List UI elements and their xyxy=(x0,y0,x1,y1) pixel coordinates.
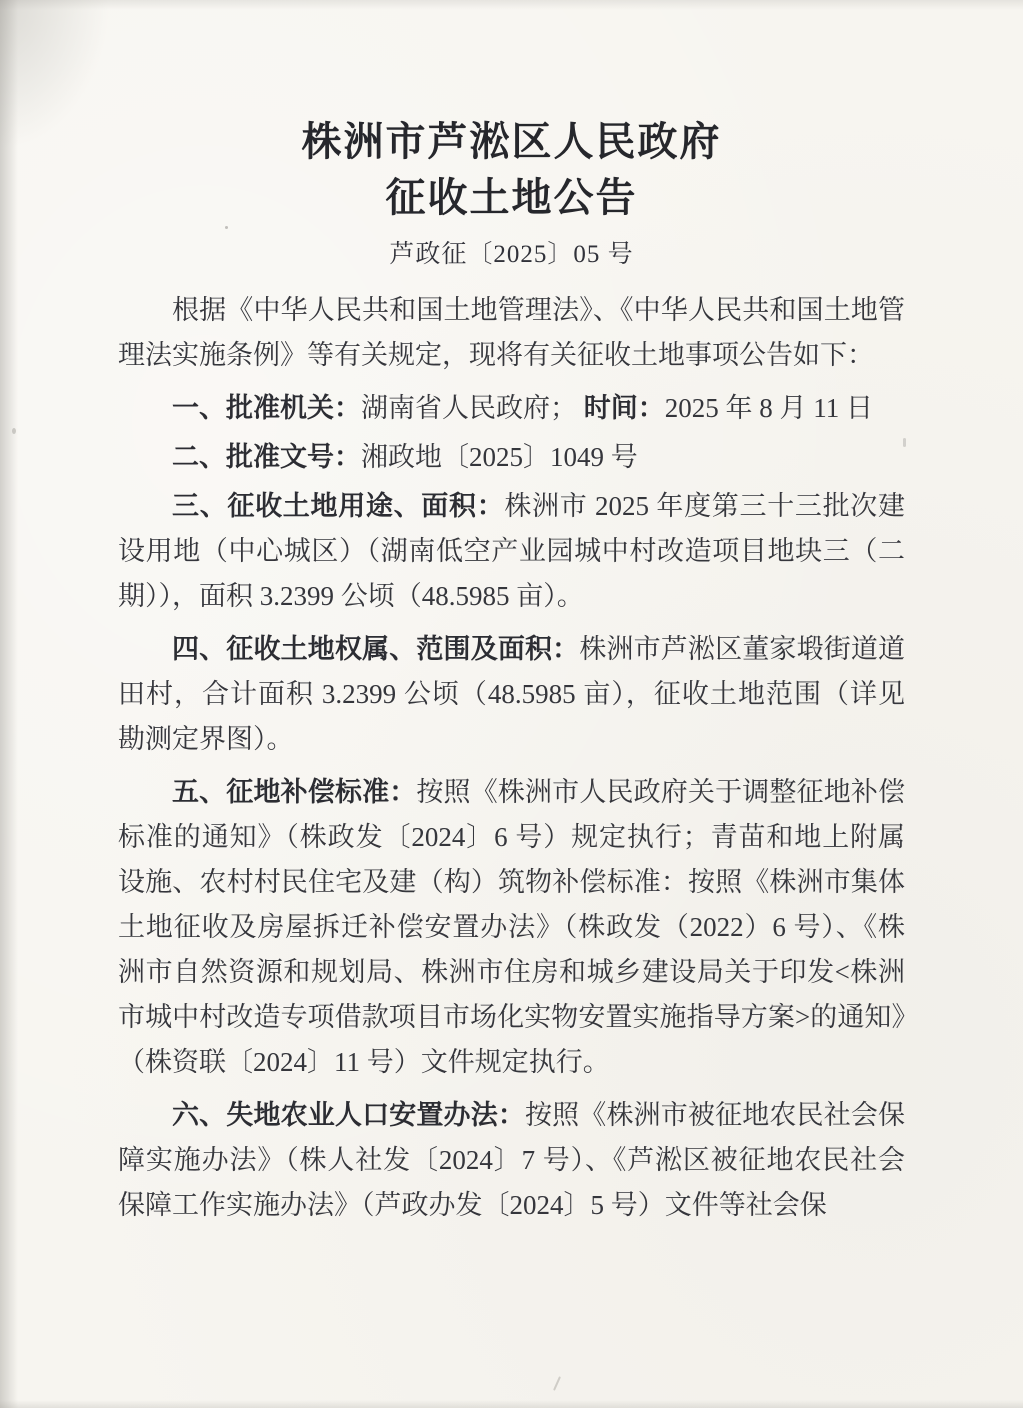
notice-item-land-use-area: 三、征收土地用途、面积：株洲市 2025 年度第三十三批次建设用地（中心城区）（… xyxy=(118,484,905,619)
scan-speck xyxy=(12,428,16,434)
document-title-line1: 株洲市芦淞区人民政府 xyxy=(118,114,905,170)
notice-item-approval-authority: 一、批准机关：湖南省人民政府； 时间：2025 年 8 月 11 日 xyxy=(118,386,905,431)
document-title-line2: 征收土地公告 xyxy=(118,170,905,226)
item-5-value: 按照《株洲市人民政府关于调整征地补偿标准的通知》（株政发〔2024〕6 号）规定… xyxy=(118,777,905,1077)
scanned-document-page: 株洲市芦淞区人民政府 征收土地公告 芦政征〔2025〕05 号 根据《中华人民共… xyxy=(0,0,1023,1408)
intro-paragraph: 根据《中华人民共和国土地管理法》、《中华人民共和国土地管理法实施条例》等有关规定… xyxy=(118,288,905,378)
document-content: 株洲市芦淞区人民政府 征收土地公告 芦政征〔2025〕05 号 根据《中华人民共… xyxy=(118,0,905,1228)
scan-corner-blotch xyxy=(0,0,110,150)
document-reference-number: 芦政征〔2025〕05 号 xyxy=(118,238,905,272)
item-4-label: 四、征收土地权属、范围及面积： xyxy=(172,634,579,664)
notice-item-resettlement-measures: 六、失地农业人口安置办法：按照《株洲市被征地农民社会保障实施办法》（株人社发〔2… xyxy=(118,1093,905,1228)
scan-speck xyxy=(553,1376,561,1391)
item-6-label: 六、失地农业人口安置办法： xyxy=(172,1100,525,1130)
item-2-label: 二、批准文号： xyxy=(172,442,361,472)
item-1-label2: 时间： xyxy=(584,393,665,423)
notice-item-approval-document-number: 二、批准文号：湘政地〔2025〕1049 号 xyxy=(118,435,905,480)
item-3-label: 三、征收土地用途、面积： xyxy=(172,491,504,521)
item-2-value: 湘政地〔2025〕1049 号 xyxy=(361,442,638,472)
item-1-label: 一、批准机关： xyxy=(172,393,361,423)
item-1-value2: 2025 年 8 月 11 日 xyxy=(665,393,873,423)
notice-item-compensation-standard: 五、征地补偿标准：按照《株洲市人民政府关于调整征地补偿标准的通知》（株政发〔20… xyxy=(118,770,905,1085)
item-5-label: 五、征地补偿标准： xyxy=(172,777,416,807)
item-1-value: 湖南省人民政府； xyxy=(361,393,584,423)
scan-edge-bottom-shadow xyxy=(0,1400,1023,1408)
scan-edge-left-shadow xyxy=(0,0,18,1408)
notice-item-land-ownership-scope: 四、征收土地权属、范围及面积：株洲市芦淞区董家塅街道道田村，合计面积 3.239… xyxy=(118,627,905,762)
